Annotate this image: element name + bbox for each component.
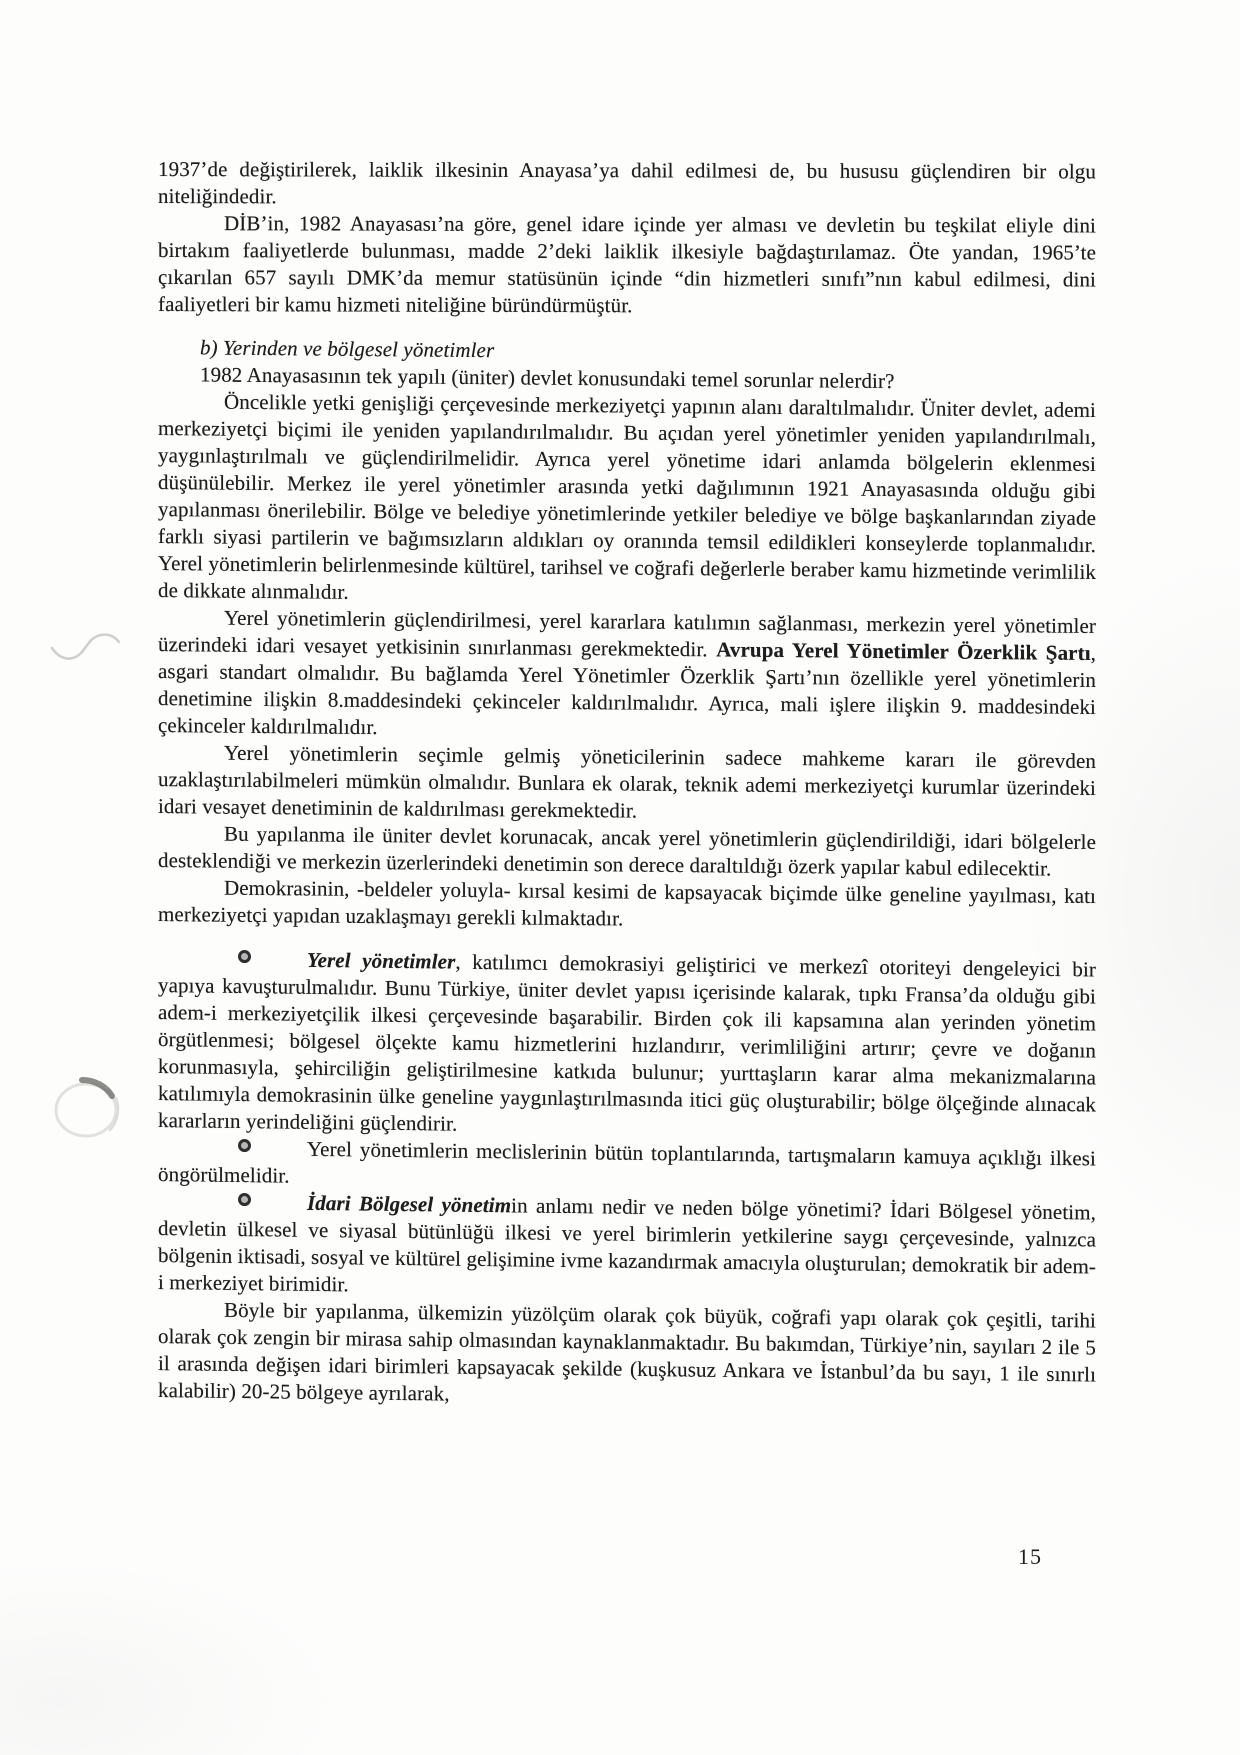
bullet-item-yerel-yonetimler: Yerel yönetimler, katılımcı demokrasiyi … (158, 945, 1096, 1145)
bold-text-avrupa-sart: Avrupa Yerel Yönetimler Özerklik Şartı (716, 637, 1090, 665)
bullet-indent-spacer (158, 965, 238, 966)
bullet-icon (238, 1193, 251, 1206)
paragraph-1937: 1937’de değiştirilerek, laiklik ilkesini… (158, 156, 1096, 212)
bullet-gap-spacer (251, 1209, 307, 1210)
paragraph-boyle-bir-yapilanma: Böyle bir yapılanma, ülkemizin yüzölçüm … (158, 1296, 1096, 1415)
bullet-title: İdari Bölgesel yönetim (307, 1191, 511, 1217)
paragraph-oncelikle: Öncelikle yetki genişliği çerçevesinde m… (158, 388, 1096, 613)
paragraph-avrupa-sart: Yerel yönetimlerin güçlendirilmesi, yere… (158, 604, 1096, 748)
bullet-indent-spacer (158, 1208, 238, 1209)
paragraph-secimle: Yerel yönetimlerin seçimle gelmiş yöneti… (158, 739, 1096, 829)
bullet-icon (238, 950, 251, 963)
bullet-text: in anlamı nedir ve neden bölge yönetimi?… (158, 1193, 1096, 1296)
bullet-indent-spacer (158, 1154, 238, 1155)
bullet-icon (238, 1139, 251, 1152)
bullet-gap-spacer (251, 1155, 307, 1156)
pencil-circle-mark-icon (38, 1068, 134, 1148)
paragraph-group-middle: b) Yerinden ve bölgesel yönetimler 1982 … (158, 334, 1096, 937)
bullet-text: , katılımcı demokrasiyi geliştirici ve m… (158, 950, 1096, 1136)
bullet-gap-spacer (251, 966, 307, 967)
bullet-item-idari-bolgesel: İdari Bölgesel yönetimin anlamı nedir ve… (158, 1188, 1096, 1307)
bullet-title: Yerel yönetimler (307, 948, 455, 974)
paragraph-group-bottom: Yerel yönetimler, katılımcı demokrasiyi … (158, 945, 1096, 1415)
bullet-text: Yerel yönetimlerin meclislerinin bütün t… (158, 1137, 1096, 1188)
page-number: 15 (1018, 1544, 1042, 1570)
pencil-squiggle-mark-icon (46, 608, 126, 670)
paragraph-dib: DİB’in, 1982 Anayasası’na göre, genel id… (158, 210, 1096, 320)
paragraph-demokrasinin: Demokrasinin, -beldeler yoluyla- kırsal … (158, 874, 1096, 937)
scanned-page: 1937’de değiştirilerek, laiklik ilkesini… (0, 0, 1240, 1755)
paragraph-bu-yapilanma: Bu yapılanma ile üniter devlet korunacak… (158, 820, 1096, 883)
paragraph-group-top: 1937’de değiştirilerek, laiklik ilkesini… (158, 156, 1096, 320)
document-body: 1937’de değiştirilerek, laiklik ilkesini… (158, 156, 1096, 1404)
